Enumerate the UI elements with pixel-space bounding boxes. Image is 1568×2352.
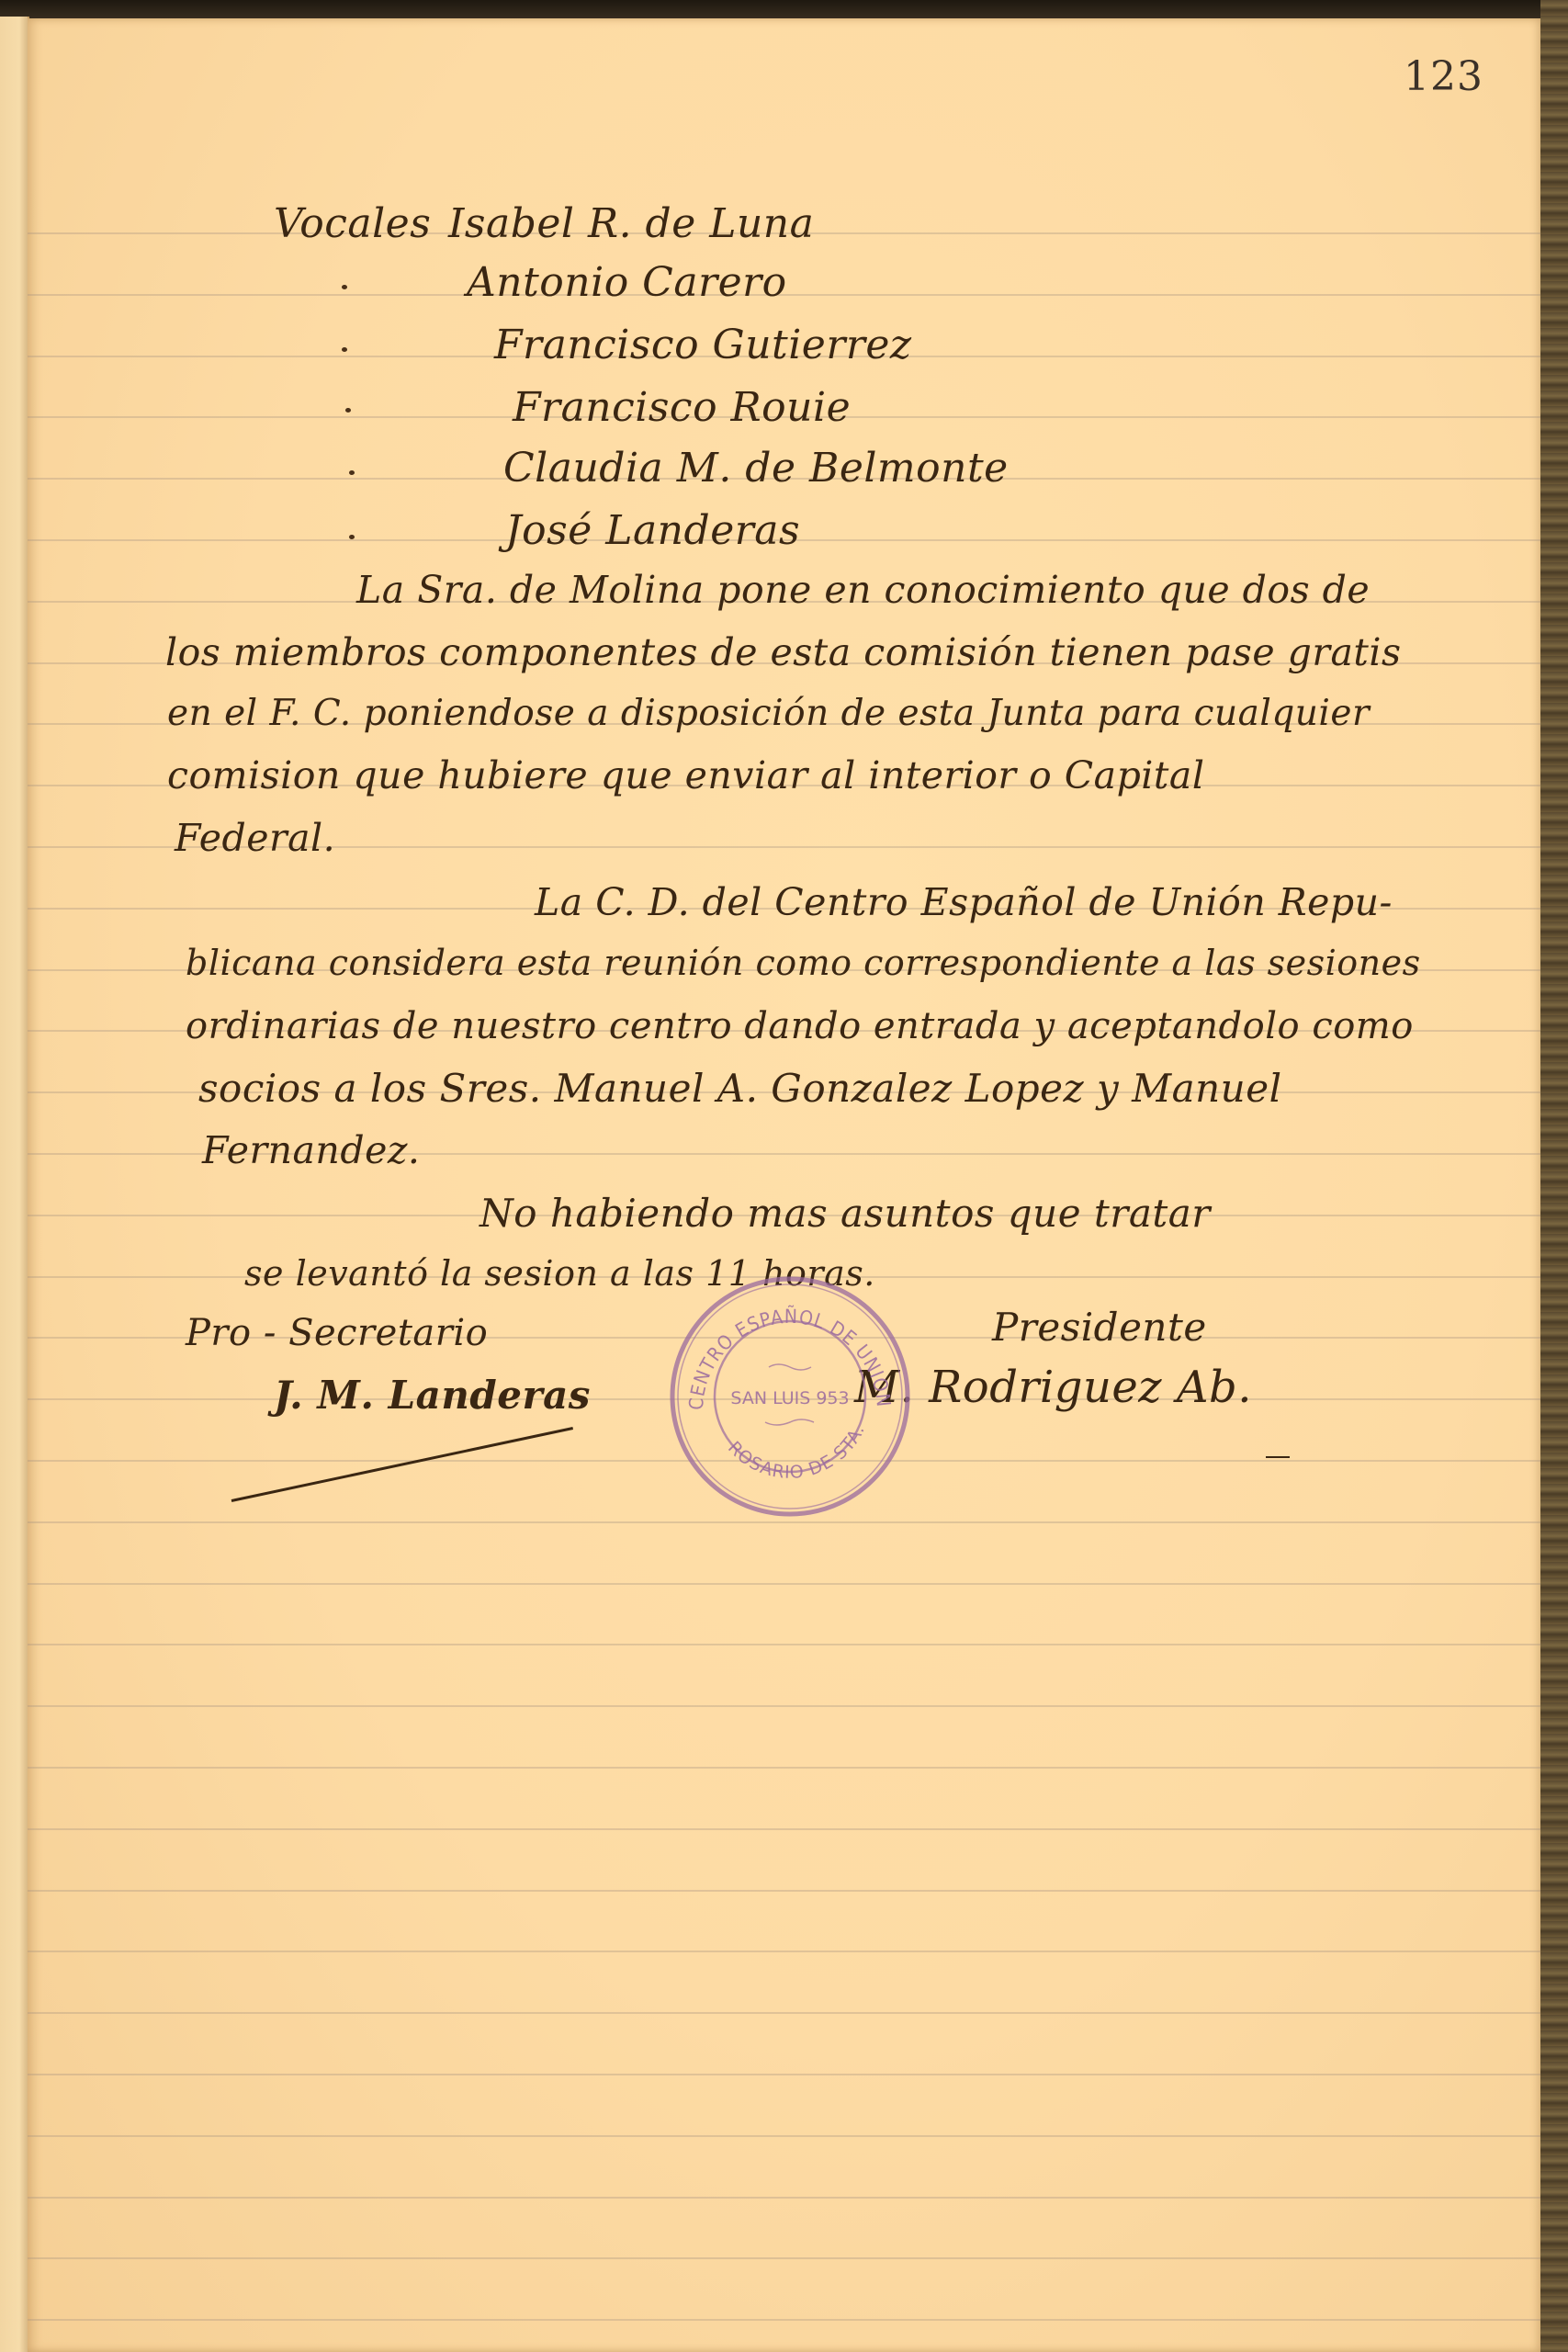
minutes-line: Federal. xyxy=(175,816,335,860)
ruled-line xyxy=(28,2257,1540,2259)
vocal-member: Claudia M. de Belmonte xyxy=(503,445,1009,492)
ditto-mark xyxy=(342,285,347,289)
ledger-page: 123 Vocales Isabel R. de Luna Antonio Ca… xyxy=(28,18,1540,2352)
book-top-edge xyxy=(0,0,1568,20)
minutes-line: La Sra. de Molina pone en conocimiento q… xyxy=(356,568,1370,612)
ruled-line xyxy=(28,2197,1540,2199)
vocal-member: José Landeras xyxy=(505,507,800,554)
institution-stamp: CENTRO ESPAÑOL DE UNION REPUBLICANA ROSA… xyxy=(666,1272,914,1521)
secretary-title: Pro - Secretario xyxy=(186,1312,488,1354)
ruled-line xyxy=(28,1951,1540,1952)
ditto-mark xyxy=(349,470,355,475)
ruled-line xyxy=(28,2319,1540,2321)
ditto-mark xyxy=(342,347,347,352)
ruled-line xyxy=(28,2074,1540,2075)
ruled-line xyxy=(28,1644,1540,1645)
minutes-line: en el F. C. poniendose a disposición de … xyxy=(167,693,1370,734)
vocal-member: Isabel R. de Luna xyxy=(448,200,814,247)
ruled-line xyxy=(28,2135,1540,2137)
minutes-line: socios a los Sres. Manuel A. Gonzalez Lo… xyxy=(198,1066,1282,1111)
minutes-line: La C. D. del Centro Español de Unión Rep… xyxy=(535,880,1393,924)
ruled-line xyxy=(28,1705,1540,1707)
vocal-member: Antonio Carero xyxy=(467,259,787,306)
ruled-line xyxy=(28,1828,1540,1830)
minutes-line: comision que hubiere que enviar al inter… xyxy=(167,753,1204,797)
minutes-line: Fernandez. xyxy=(202,1128,420,1172)
ruled-line xyxy=(28,1521,1540,1523)
minutes-line: blicana considera esta reunión como corr… xyxy=(186,943,1421,983)
ruled-line xyxy=(28,1583,1540,1585)
page-number: 123 xyxy=(1404,53,1483,100)
book-cover-edge xyxy=(1540,0,1568,2352)
ditto-mark xyxy=(345,408,351,413)
previous-page-edge xyxy=(0,17,29,2352)
secretary-signature: J. M. Landeras xyxy=(274,1373,591,1418)
ruled-line xyxy=(28,2012,1540,2014)
president-signature-dash xyxy=(1266,1456,1290,1458)
ditto-mark xyxy=(349,535,355,539)
vocal-member: Francisco Gutierrez xyxy=(494,322,912,368)
vocal-member: Francisco Rouie xyxy=(513,384,851,431)
minutes-line: los miembros componentes de esta comisió… xyxy=(165,630,1402,674)
minutes-line: No habiendo mas asuntos que tratar xyxy=(479,1191,1211,1236)
stamp-center-text: SAN LUIS 953 xyxy=(730,1388,849,1408)
ruled-line xyxy=(28,1890,1540,1892)
book-scan: 123 Vocales Isabel R. de Luna Antonio Ca… xyxy=(0,0,1568,2352)
secretary-signature-flourish xyxy=(231,1427,573,1502)
ruled-line xyxy=(28,1767,1540,1769)
minutes-line: ordinarias de nuestro centro dando entra… xyxy=(186,1005,1414,1047)
president-title: Presidente xyxy=(992,1305,1207,1350)
vocales-label: Vocales xyxy=(274,200,431,247)
